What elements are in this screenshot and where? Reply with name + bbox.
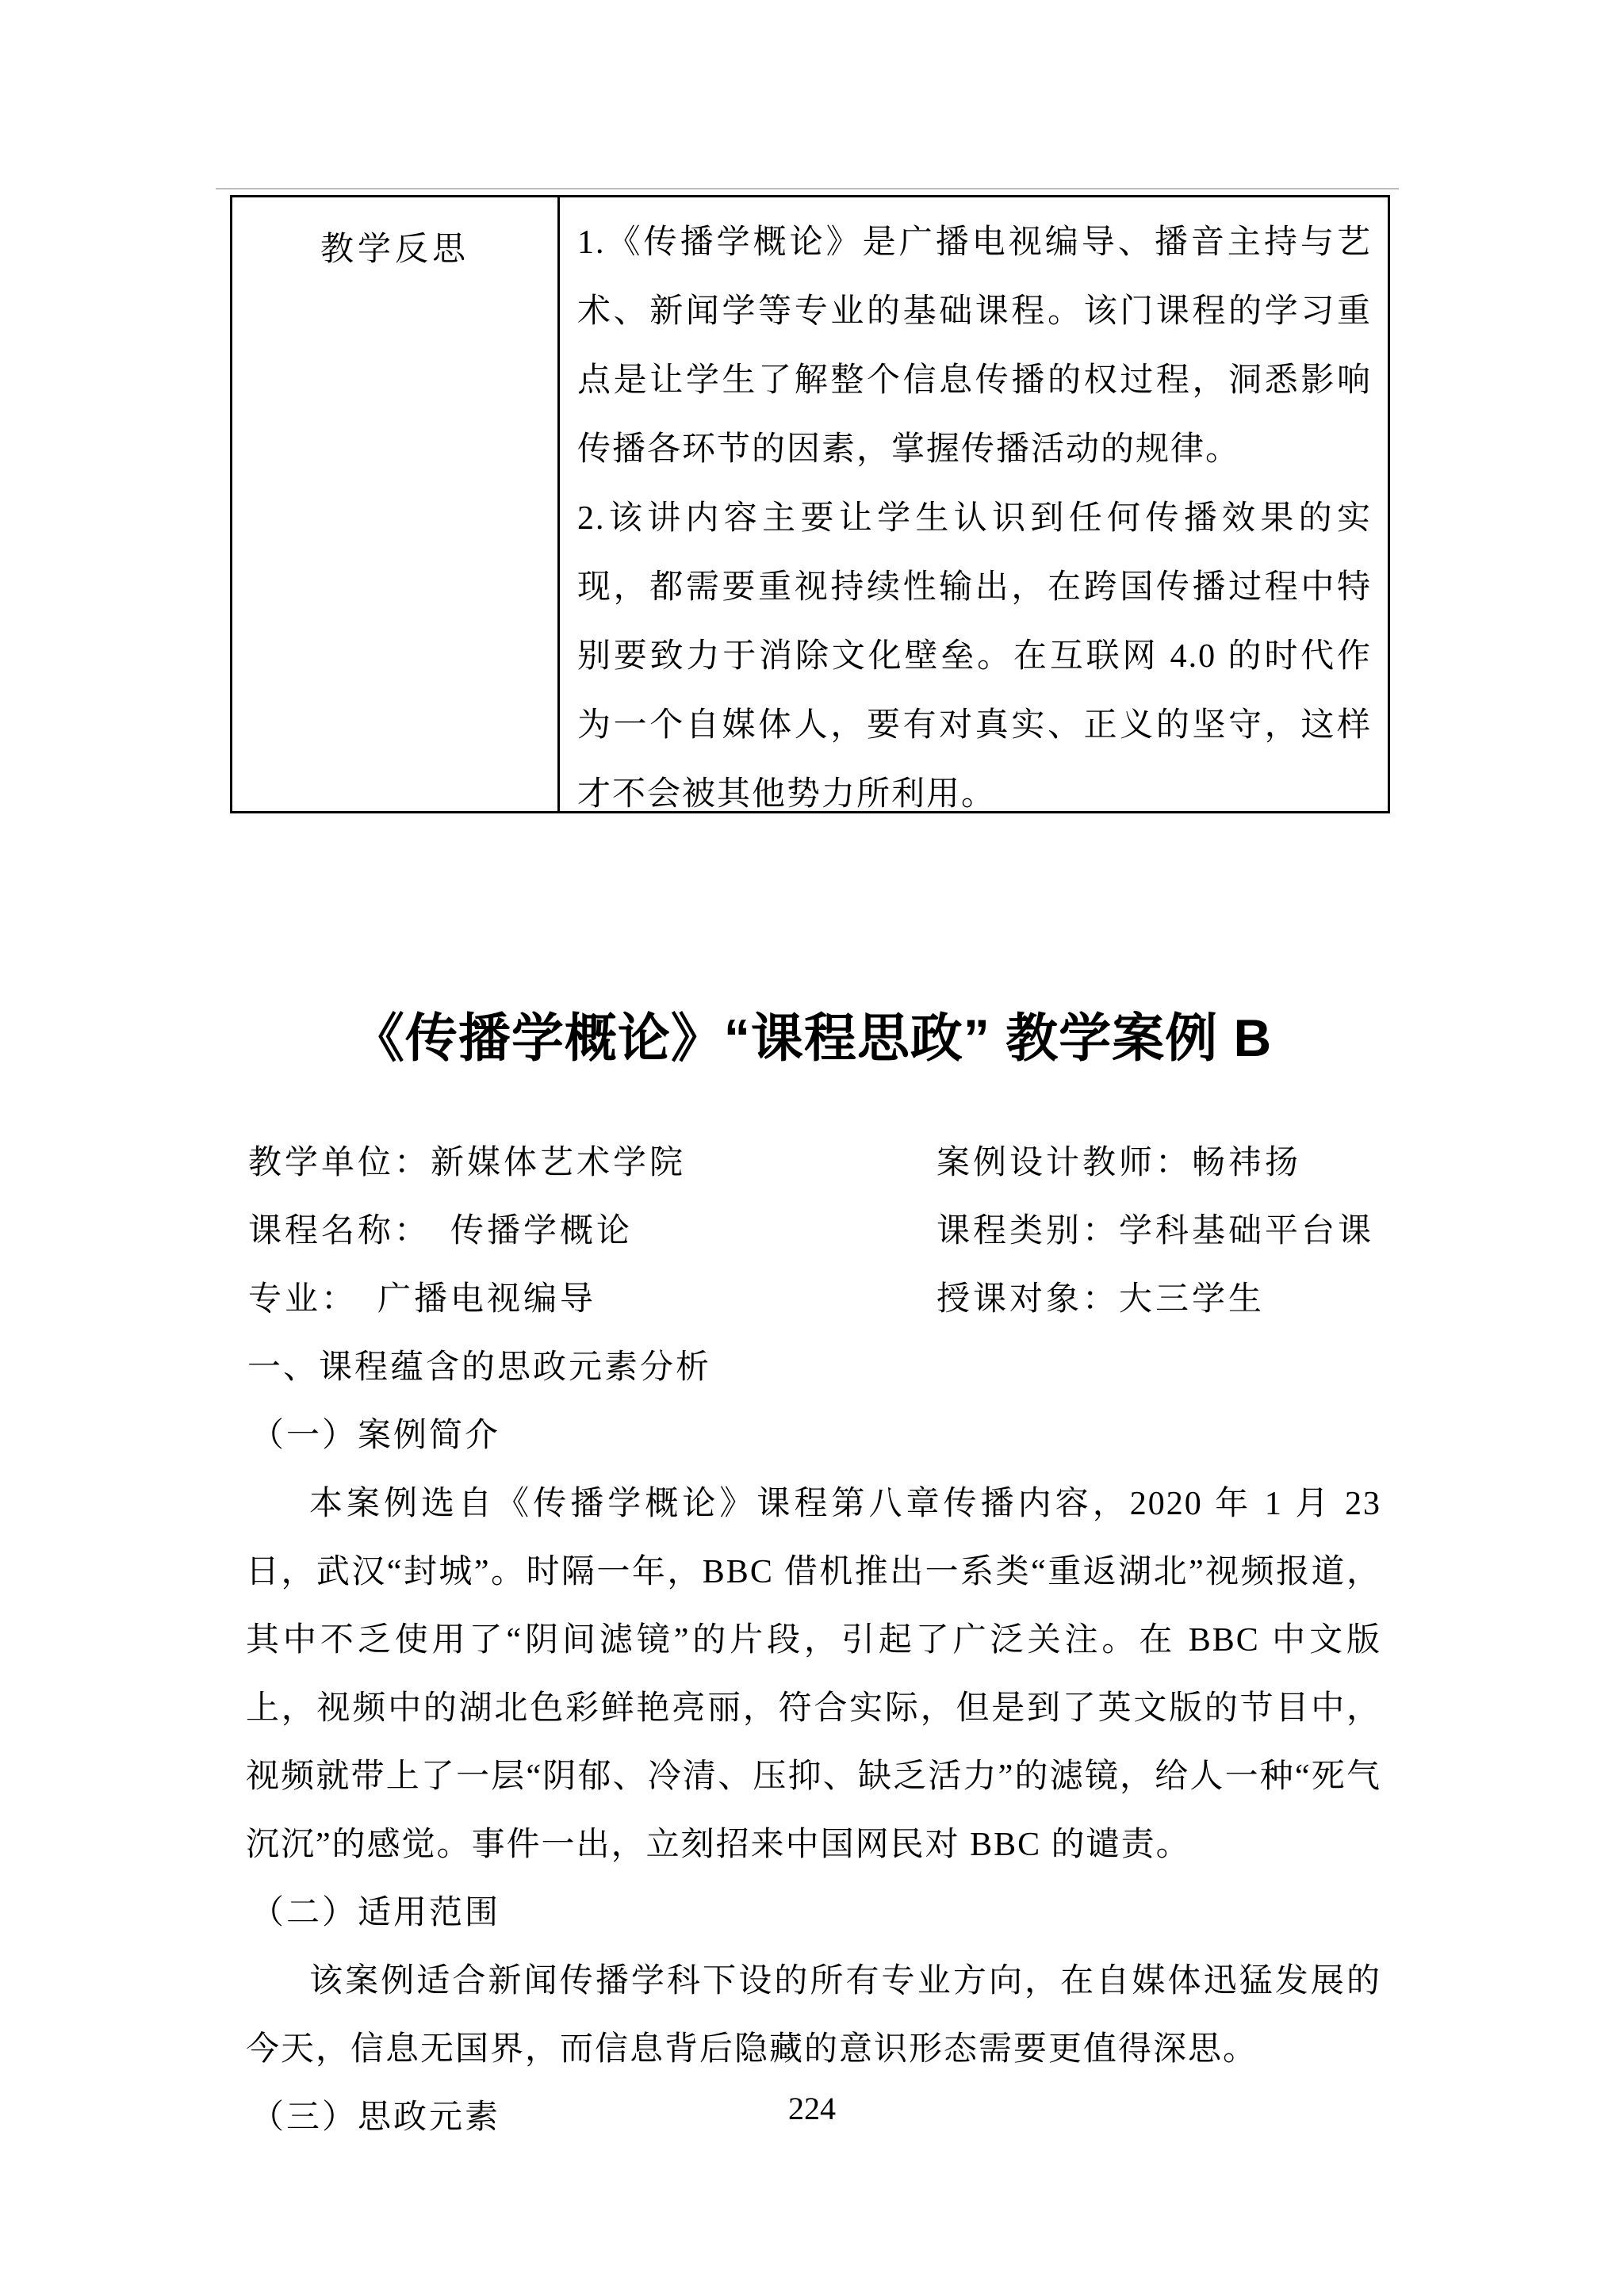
course-name: 课程名称： 传播学概论 — [248, 1213, 633, 1249]
teaching-target: 授课对象：大三学生 — [936, 1265, 1265, 1334]
subsection-heading-case-intro: （一）案例简介 — [246, 1402, 1381, 1470]
case-info-row-1: 教学单位：新媒体艺术学院 案例设计教师：畅祎扬 — [248, 1129, 1392, 1197]
scope-paragraph: 该案例适合新闻传播学科下设的所有专业方向，在自媒体迅猛发展的今天，信息无国界，而… — [246, 1947, 1381, 2084]
case-designer-teacher: 案例设计教师：畅祎扬 — [936, 1129, 1301, 1197]
scan-artifact-line — [216, 188, 1399, 189]
table-row-label: 教学反思 — [232, 197, 560, 811]
case-info-row-3: 专业： 广播电视编导 授课对象：大三学生 — [248, 1265, 1392, 1334]
reflection-paragraph-1: 1.《传播学概论》是广播电视编导、播音主持与艺术、新闻学等专业的基础课程。该门课… — [577, 209, 1372, 484]
sections-body: 一、课程蕴含的思政元素分析 （一）案例简介 本案例选自《传播学概论》课程第八章传… — [246, 1334, 1381, 2152]
course-category: 课程类别：学科基础平台课 — [936, 1197, 1374, 1265]
case-info: 教学单位：新媒体艺术学院 案例设计教师：畅祎扬 课程名称： 传播学概论 课程类别… — [248, 1129, 1392, 1334]
page-number: 224 — [0, 2090, 1624, 2128]
document-page: 教学反思 1.《传播学概论》是广播电视编导、播音主持与艺术、新闻学等专业的基础课… — [0, 0, 1624, 2296]
reflection-paragraph-2: 2.该讲内容主要让学生认识到任何传播效果的实现，都需要重视持续性输出，在跨国传播… — [577, 484, 1372, 829]
teaching-unit: 教学单位：新媒体艺术学院 — [248, 1145, 686, 1181]
table-content-cell: 1.《传播学概论》是广播电视编导、播音主持与艺术、新闻学等专业的基础课程。该门课… — [560, 197, 1388, 811]
page-title: 《传播学概论》“课程思政” 教学案例 B — [0, 996, 1624, 1071]
subsection-heading-scope: （二）适用范围 — [246, 1879, 1381, 1947]
section-heading-1: 一、课程蕴含的思政元素分析 — [246, 1334, 1381, 1402]
case-info-row-2: 课程名称： 传播学概论 课程类别：学科基础平台课 — [248, 1197, 1392, 1265]
case-intro-paragraph: 本案例选自《传播学概论》课程第八章传播内容，2020 年 1 月 23 日，武汉… — [246, 1470, 1381, 1879]
major: 专业： 广播电视编导 — [248, 1281, 596, 1318]
teaching-reflection-table: 教学反思 1.《传播学概论》是广播电视编导、播音主持与艺术、新闻学等专业的基础课… — [230, 195, 1390, 813]
